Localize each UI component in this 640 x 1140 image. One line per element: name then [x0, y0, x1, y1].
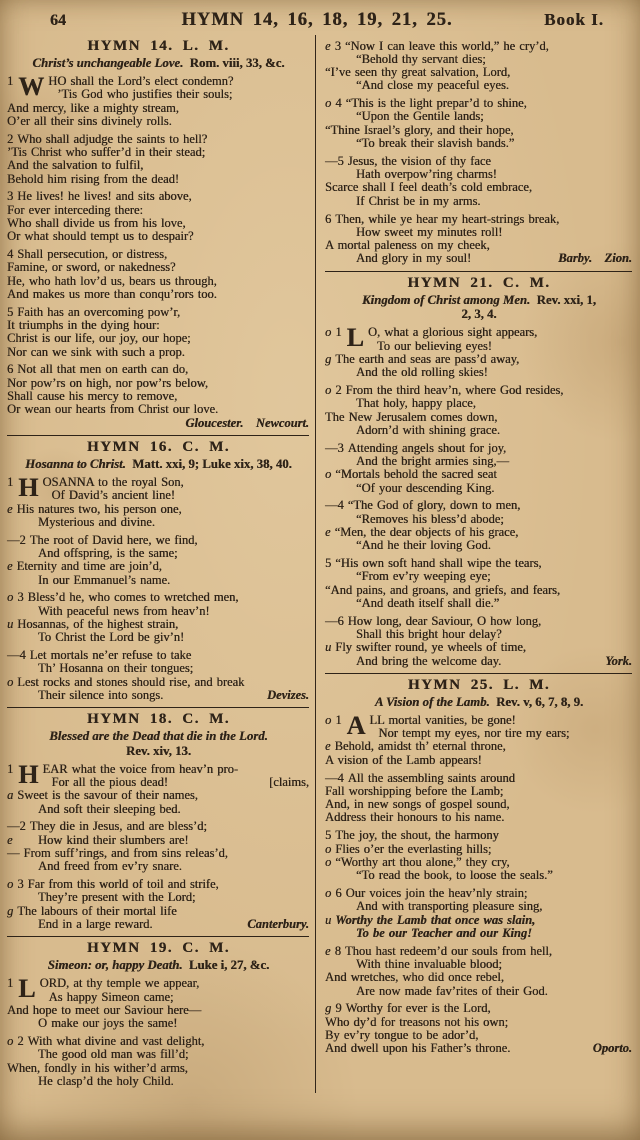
- hymn-line: —From suff’rings, and from sins releas’d…: [7, 847, 310, 860]
- hymn-line: “To read the book, to loose the seals.”: [356, 869, 633, 882]
- expression-marker: o 6: [325, 886, 342, 900]
- line-text: To Christ the Lord be giv’n!: [38, 630, 184, 644]
- line-text: The New Jerusalem comes down,: [325, 410, 497, 424]
- line-text: Behold him rising from the dead!: [7, 172, 179, 186]
- line-text: And makes us more than conqu’rors too.: [7, 287, 217, 301]
- line-text: Then, while ye hear my heart-strings bre…: [335, 212, 559, 226]
- line-text: Or what should tempt us to despair?: [7, 229, 194, 243]
- line-text: Or wean our hearts from Christ our love.: [7, 402, 218, 416]
- line-text: He, who hath lov’d us, bears us through,: [7, 274, 217, 288]
- line-text: O’er all their sins divinely rolls.: [7, 114, 172, 128]
- page-number: 64: [50, 12, 108, 30]
- hymn-line: o 3Bless’d he, who comes to wretched men…: [7, 591, 310, 604]
- hymn-line: OSANNA to the royal Son,: [42, 476, 310, 489]
- hymn-line: It triumphs in the dying hour:: [7, 319, 310, 332]
- hymn-line: “I’ve seen thy great salvation, Lord,: [325, 66, 633, 79]
- hymn-line: g 9Worthy for ever is the Lord,: [325, 1002, 633, 1015]
- hymn-line: e 3“Now I can leave this world,” he cry’…: [325, 40, 633, 53]
- hymn-line: And dwell upon his Father’s throne.Oport…: [325, 1042, 633, 1055]
- expression-marker: 4: [7, 247, 13, 261]
- line-text: By ev’ry tongue to be ador’d,: [325, 1028, 478, 1042]
- hymn-line: Address their honours to his name.: [325, 811, 633, 824]
- line-text: Their silence into songs.: [38, 688, 163, 702]
- hymn-line: —2The root of David here, we find,: [7, 534, 310, 547]
- line-text: Nor pow’rs on high, nor pow’rs below,: [7, 376, 208, 390]
- page-header: 64 HYMN 14, 16, 18, 19, 21, 25. Book I.: [0, 0, 640, 31]
- hymn-line: In our Emmanuel’s name.: [38, 574, 310, 587]
- expression-marker: g 9: [325, 1001, 342, 1015]
- hymn-line: eEternity and time are join’d,: [7, 560, 310, 573]
- hymn-heading: HYMN 18. C. M.: [7, 711, 310, 728]
- hymn-subtitle: Blessed are the Dead that die in the Lor…: [7, 729, 310, 744]
- line-text: Lest rocks and stones should rise, and b…: [17, 675, 244, 689]
- line-text: With peaceful news from heav’n!: [38, 604, 209, 618]
- stanza: —5Jesus, the vision of thy faceHath over…: [325, 155, 633, 208]
- hymn-line: Th’ Hosanna on their tongues;: [38, 662, 310, 675]
- hymn-title-italic: Kingdom of Christ among Men.: [362, 293, 530, 307]
- line-text: Let mortals ne’er refuse to take: [30, 648, 192, 662]
- line-text: All the assembling saints around: [348, 771, 515, 785]
- hymn-line: HO shall the Lord’s elect condemn?: [48, 75, 310, 88]
- tune-name: Canterbury.: [247, 918, 309, 931]
- hymn-line: Shall this bright hour delay?: [356, 628, 633, 641]
- drop-cap-group: 1HOSANNA to the royal Son,Of David’s anc…: [7, 476, 310, 503]
- line-text: They’re present with the Lord;: [38, 890, 195, 904]
- hymn-subtitle: Christ’s unchangeable Love. Rom. viii, 3…: [7, 56, 310, 71]
- hymn-line: 4Shall persecution, or distress,: [7, 248, 310, 261]
- hymn-line: And glory in my soul!Barby. Zion.: [356, 252, 633, 265]
- line-text: To our believing eyes!: [377, 339, 492, 353]
- stanza: e 8Thou hast redeem’d our souls from hel…: [325, 945, 633, 998]
- hymn-line: 3He lives! he lives! and sits above,: [7, 190, 310, 203]
- line-text: And bring the welcome day.: [356, 654, 501, 668]
- hymn-line: “And he their loving God.: [356, 539, 633, 552]
- line-text: “Worthy art thou alone,” they cry,: [335, 855, 509, 869]
- hymn-line: —3Attending angels shout for joy,: [325, 442, 633, 455]
- line-text: Are now made fav’rites of their God.: [356, 984, 548, 998]
- hymn-line: o 2With what divine and vast delight,: [7, 1035, 310, 1048]
- expression-marker: o 3: [7, 590, 24, 604]
- line-text: Christ is our life, our joy, our hope;: [7, 331, 191, 345]
- stanza: 6Then, while ye hear my heart-strings br…: [325, 213, 633, 266]
- hymn-line: Or wean our hearts from Christ our love.: [7, 403, 310, 416]
- line-text: “The God of glory, down to men,: [348, 498, 521, 512]
- expression-marker: 6: [7, 362, 13, 376]
- line-text: Far from this world of toil and strife,: [28, 877, 219, 891]
- line-text: The root of David here, we find,: [30, 533, 198, 547]
- expression-marker: 3: [7, 189, 13, 203]
- line-text: A mortal paleness on my cheek,: [325, 238, 490, 252]
- line-text: That holy, happy place,: [356, 396, 476, 410]
- hymn-line: Scarce shall I feel death’s cold embrace…: [325, 181, 633, 194]
- stanza: —4Let mortals ne’er refuse to takeTh’ Ho…: [7, 649, 310, 702]
- hymn-line: “Upon the Gentile lands;: [356, 110, 633, 123]
- hymn-line: For ever interceding there:: [7, 204, 310, 217]
- section-divider: [7, 707, 309, 708]
- hymn-heading: HYMN 25. L. M.: [325, 677, 633, 694]
- line-text: Not all that men on earth can do,: [17, 362, 188, 376]
- expression-marker: —6: [325, 614, 344, 628]
- line-text: LL mortal vanities, be gone!: [369, 713, 515, 727]
- scripture-reference: Rev. xxi, 1,: [530, 293, 596, 307]
- hymn-line: 6Then, while ye hear my heart-strings br…: [325, 213, 633, 226]
- hymn-line: Of David’s ancient line!: [51, 489, 310, 502]
- hymn-line: Gloucester. Newcourt.: [7, 417, 310, 430]
- line-text: And, in new songs of gospel sound,: [325, 797, 509, 811]
- line-text: When, fondly in his wither’d arms,: [7, 1061, 188, 1075]
- line-text: And dwell upon his Father’s throne.: [325, 1041, 510, 1055]
- line-text: “Removes his bless’d abode;: [356, 512, 504, 526]
- hymn-line: O make our joys the same!: [38, 1017, 310, 1030]
- tune-name: York.: [605, 655, 632, 668]
- hymn-heading: HYMN 14. L. M.: [7, 38, 310, 55]
- line-text: “Of your descending King.: [356, 481, 494, 495]
- hymn-line: uWorthy the Lamb that once was slain,: [325, 914, 633, 927]
- hymn-line: 5“His own soft hand shall wipe the tears…: [325, 557, 633, 570]
- hymn-line: And makes us more than conqu’rors too.: [7, 288, 310, 301]
- line-text: Who shall divide us from his love,: [7, 216, 186, 230]
- hymn-line: e“Men, the dear objects of his grace,: [325, 526, 633, 539]
- drop-cap-group: 1WHO shall the Lord’s elect condemn?’Tis…: [7, 75, 310, 102]
- hymn-line: “Behold thy servant dies;: [356, 53, 633, 66]
- hymn-heading: HYMN 16. C. M.: [7, 439, 310, 456]
- stanza: o 4“This is the light prepar’d to shine,…: [325, 97, 633, 150]
- line-text: “And close my peaceful eyes.: [356, 78, 509, 92]
- hymn-line: Nor tempt my eyes, nor tire my ears;: [378, 727, 633, 740]
- line-text: “His own soft hand shall wipe the tears,: [335, 556, 541, 570]
- stanza: 1LORD, at thy temple we appear,As happy …: [7, 977, 310, 1030]
- book-label: Book I.: [526, 10, 604, 30]
- stanza: 4Shall persecution, or distress,Famine, …: [7, 248, 310, 301]
- tune-name: Barby. Zion.: [558, 252, 632, 265]
- stanza: o 6Our voices join the heav’nly strain;A…: [325, 887, 633, 940]
- expression-marker: g: [7, 904, 13, 918]
- expression-marker: 1: [7, 476, 13, 489]
- line-text: Worthy for ever is the Lord,: [346, 1001, 491, 1015]
- line-text: “To read the book, to loose the seals.”: [356, 868, 553, 882]
- hymn-line: He clasp’d the holy Child.: [38, 1075, 310, 1088]
- stanza: o 3Bless’d he, who comes to wretched men…: [7, 591, 310, 644]
- drop-cap: L: [18, 977, 35, 1000]
- stanza: 5“His own soft hand shall wipe the tears…: [325, 557, 633, 610]
- hymn-line: eHis natures two, his person one,: [7, 503, 310, 516]
- hymn-line: “And death itself shall die.”: [356, 597, 633, 610]
- hymn-line: Who shall divide us from his love,: [7, 217, 310, 230]
- line-text: Hosannas, of the highest strain,: [17, 617, 178, 631]
- hymn-line: Fall worshipping before the Lamb;: [325, 785, 633, 798]
- stanza: 1HOSANNA to the royal Son,Of David’s anc…: [7, 476, 310, 529]
- drop-cap-group: o 1LO, what a glorious sight appears,To …: [325, 326, 633, 353]
- hymn-line: aSweet is the savour of their names,: [7, 789, 310, 802]
- hymn-line: And with transporting pleasure sing,: [356, 900, 633, 913]
- stanza: —4All the assembling saints aroundFall w…: [325, 772, 633, 825]
- line-text: Attending angels shout for joy,: [348, 441, 506, 455]
- hymn-line: —2They die in Jesus, and are bless’d;: [7, 820, 310, 833]
- hymn-line: To our believing eyes!: [377, 340, 633, 353]
- line-text: “Mortals behold the sacred seat: [335, 467, 497, 481]
- hymn-line: Shall cause his mercy to remove,: [7, 390, 310, 403]
- hymn-line: “To break their slavish bands.”: [356, 137, 633, 150]
- line-text: He clasp’d the holy Child.: [38, 1074, 174, 1088]
- hymn-line: “And close my peaceful eyes.: [356, 79, 633, 92]
- expression-marker: o 2: [325, 383, 342, 397]
- line-text: And offspring, is the same;: [38, 546, 178, 560]
- hymn-line: And soft their sleeping bed.: [38, 803, 310, 816]
- line-text: And hope to meet our Saviour here—: [7, 1003, 201, 1017]
- hymn-title-italic: Simeon: or, happy Death.: [48, 958, 183, 972]
- hymn-line: To be our Teacher and our King!: [356, 927, 633, 940]
- line-text: With thine invaluable blood;: [356, 957, 502, 971]
- line-text: O, what a glorious sight appears,: [368, 325, 537, 339]
- stanza: 2Who shall adjudge the saints to hell?’T…: [7, 133, 310, 186]
- line-text: “Upon the Gentile lands;: [356, 109, 484, 123]
- hymn-line: oFlies o’er the everlasting hills;: [325, 843, 633, 856]
- line-text: ’Tis Christ who suffer’d in their stead;: [7, 145, 205, 159]
- hymn-line: Behold him rising from the dead!: [7, 173, 310, 186]
- expression-marker: u: [325, 913, 331, 927]
- expression-marker: 2: [7, 132, 13, 146]
- line-text: And soft their sleeping bed.: [38, 802, 181, 816]
- line-text: From the third heav’n, where God resides…: [346, 383, 564, 397]
- expression-marker: e: [7, 559, 13, 573]
- drop-cap: L: [347, 326, 364, 349]
- line-text: Th’ Hosanna on their tongues;: [38, 661, 193, 675]
- stanza: 1WHO shall the Lord’s elect condemn?’Tis…: [7, 75, 310, 128]
- expression-marker: e: [7, 502, 13, 516]
- line-text: And mercy, like a mighty stream,: [7, 101, 179, 115]
- line-text: How sweet my minutes roll!: [356, 225, 502, 239]
- hymn-subtitle: Simeon: or, happy Death. Luke i, 27, &c.: [7, 958, 310, 973]
- line-text: He lives! he lives! and sits above,: [17, 189, 191, 203]
- hymn-line: e 8Thou hast redeem’d our souls from hel…: [325, 945, 633, 958]
- drop-cap-group: o 1ALL mortal vanities, be gone!Nor temp…: [325, 714, 633, 741]
- line-text: O make our joys the same!: [38, 1016, 177, 1030]
- hymn-line: Mysterious and divine.: [38, 516, 310, 529]
- line-text: They die in Jesus, and are bless’d;: [30, 819, 207, 833]
- hymn-line: —5Jesus, the vision of thy face: [325, 155, 633, 168]
- line-text: A vision of the Lamb appears!: [325, 753, 482, 767]
- line-text: EAR what the voice from heav’n pro-: [42, 762, 238, 776]
- hymn-line: “From ev’ry weeping eye;: [356, 570, 633, 583]
- hymn-line: And the old rolling skies!: [356, 366, 633, 379]
- column-left: HYMN 14. L. M.Christ’s unchangeable Love…: [7, 35, 315, 1093]
- line-text: Of David’s ancient line!: [51, 488, 174, 502]
- line-text: And the bright armies sing,—: [356, 454, 509, 468]
- stanza: 6Not all that men on earth can do,Nor po…: [7, 363, 310, 429]
- hymn-line: oLest rocks and stones should rise, and …: [7, 676, 310, 689]
- hymn-line: ’Tis Christ who suffer’d in their stead;: [7, 146, 310, 159]
- expression-marker: —4: [325, 771, 344, 785]
- hymn-line: Hath overpow’ring charms!: [356, 168, 633, 181]
- hymn-line: Are now made fav’rites of their God.: [356, 985, 633, 998]
- section-divider: [7, 435, 309, 436]
- hymn-line: o 4“This is the light prepar’d to shine,: [325, 97, 633, 110]
- drop-cap-group: 1LORD, at thy temple we appear,As happy …: [7, 977, 310, 1004]
- hymn-line: gThe earth and seas are pass’d away,: [325, 353, 633, 366]
- hymn-line: Famine, or sword, or nakedness?: [7, 261, 310, 274]
- line-text: The joy, the shout, the harmony: [335, 828, 499, 842]
- line-text: Jesus, the vision of thy face: [348, 154, 491, 168]
- expression-marker: e: [7, 834, 13, 847]
- hymn-line: o 6Our voices join the heav’nly strain;: [325, 887, 633, 900]
- hymn-line: How sweet my minutes roll!: [356, 226, 633, 239]
- hymn-line: O’er all their sins divinely rolls.: [7, 115, 310, 128]
- hymn-line: With peaceful news from heav’n!: [38, 605, 310, 618]
- stanza: —2The root of David here, we find,And of…: [7, 534, 310, 587]
- line-text: Fly swifter round, ye wheels of time,: [335, 640, 526, 654]
- hymn-line: As happy Simeon came;: [49, 991, 310, 1004]
- hymn-line: o 2From the third heav’n, where God resi…: [325, 384, 633, 397]
- hymn-subtitle: Hosanna to Christ. Matt. xxi, 9; Luke xi…: [7, 457, 310, 472]
- line-text: OSANNA to the royal Son,: [42, 475, 183, 489]
- line-text: With what divine and vast delight,: [28, 1034, 205, 1048]
- line-text: Behold, amidst th’ eternal throne,: [335, 739, 506, 753]
- tune-name: Oporto.: [593, 1042, 632, 1055]
- hymn-line: Or what should tempt us to despair?: [7, 230, 310, 243]
- expression-marker: 5: [7, 305, 13, 319]
- hymn-line: And, in new songs of gospel sound,: [325, 798, 633, 811]
- line-text: And with transporting pleasure sing,: [356, 899, 542, 913]
- drop-cap-group: 1HEAR what the voice from heav’n pro-For…: [7, 763, 310, 790]
- hymn-line: Christ is our life, our joy, our hope;: [7, 332, 310, 345]
- expression-marker: e: [325, 739, 331, 753]
- expression-marker: o: [325, 467, 331, 481]
- expression-marker: a: [7, 788, 13, 802]
- hymn-line: 5Faith has an overcoming pow’r,: [7, 306, 310, 319]
- hymn-line: uFly swifter round, ye wheels of time,: [325, 641, 633, 654]
- hymn-line: “Removes his bless’d abode;: [356, 513, 633, 526]
- expression-marker: u: [7, 617, 13, 631]
- hymn-line: And the bright armies sing,—: [356, 455, 633, 468]
- line-text: And freed from ev’ry snare.: [38, 859, 182, 873]
- tune-name: Gloucester. Newcourt.: [185, 417, 309, 430]
- hymn-line: gThe labours of their mortal life: [7, 905, 310, 918]
- hymn-line: The good old man was fill’d;: [38, 1048, 310, 1061]
- two-column-layout: HYMN 14. L. M.Christ’s unchangeable Love…: [0, 31, 640, 1093]
- line-text: Sweet is the savour of their names,: [17, 788, 198, 802]
- hymn-line: “Thine Israel’s glory, and their hope,: [325, 124, 633, 137]
- line-text: End in a large reward.: [38, 917, 153, 931]
- hymn-line: They’re present with the Lord;: [38, 891, 310, 904]
- line-text: Fall worshipping before the Lamb;: [325, 784, 503, 798]
- line-text: Our voices join the heav’nly strain;: [346, 886, 528, 900]
- drop-cap: A: [347, 714, 366, 737]
- expression-marker: —4: [325, 498, 344, 512]
- line-text: “And he their loving God.: [356, 538, 491, 552]
- line-text: Faith has an overcoming pow’r,: [17, 305, 180, 319]
- stanza: e 3“Now I can leave this world,” he cry’…: [325, 40, 633, 93]
- hymn-line: A mortal paleness on my cheek,: [325, 239, 633, 252]
- hymnal-page: 64 HYMN 14, 16, 18, 19, 21, 25. Book I. …: [0, 0, 640, 1140]
- hymn-line: And hope to meet our Saviour here—: [7, 1004, 310, 1017]
- scripture-reference: Luke i, 27, &c.: [183, 958, 270, 972]
- hymn-line: LL mortal vanities, be gone!: [369, 714, 633, 727]
- expression-marker: —3: [325, 441, 344, 455]
- line-text: Shall cause his mercy to remove,: [7, 389, 177, 403]
- expression-marker: g: [325, 352, 331, 366]
- hymn-line: —4All the assembling saints around: [325, 772, 633, 785]
- hymn-line: ’Tis God who justifies their souls;: [57, 88, 310, 101]
- hymn-line: And freed from ev’ry snare.: [38, 860, 310, 873]
- hymn-subtitle: A Vision of the Lamb. Rev. v, 6, 7, 8, 9…: [325, 695, 633, 710]
- column-right: e 3“Now I can leave this world,” he cry’…: [315, 35, 635, 1093]
- hymn-line: Adorn’d with shining grace.: [356, 424, 633, 437]
- line-text: HO shall the Lord’s elect condemn?: [48, 74, 233, 88]
- line-text: Bless’d he, who comes to wretched men,: [28, 590, 239, 604]
- expression-marker: o: [325, 842, 331, 856]
- expression-marker: 5: [325, 556, 331, 570]
- hymn-line: If Christ be in my arms.: [356, 195, 633, 208]
- line-text: Eternity and time are join’d,: [17, 559, 162, 573]
- line-text: “Now I can leave this world,” he cry’d,: [345, 39, 549, 53]
- stanza: o 1LO, what a glorious sight appears,To …: [325, 326, 633, 379]
- hymn-heading: HYMN 19. C. M.: [7, 940, 310, 957]
- hymn-line: eBehold, amidst th’ eternal throne,: [325, 740, 633, 753]
- line-text: Shall this bright hour delay?: [356, 627, 502, 641]
- expression-marker: —4: [7, 648, 26, 662]
- drop-cap: H: [18, 476, 38, 499]
- expression-marker: e 3: [325, 39, 341, 53]
- hymn-line: O, what a glorious sight appears,: [368, 326, 633, 339]
- line-text: For ever interceding there:: [7, 203, 143, 217]
- line-text: It triumphs in the dying hour:: [7, 318, 160, 332]
- line-text: “Men, the dear objects of his grace,: [335, 525, 519, 539]
- hymn-line: —4“The God of glory, down to men,: [325, 499, 633, 512]
- line-text: In our Emmanuel’s name.: [38, 573, 170, 587]
- scripture-reference: Rom. viii, 33, &c.: [183, 56, 284, 70]
- expression-marker: —2: [7, 533, 26, 547]
- line-text: Mysterious and divine.: [38, 515, 155, 529]
- line-text: If Christ be in my arms.: [356, 194, 480, 208]
- expression-marker: u: [325, 640, 331, 654]
- hymn-line: With thine invaluable blood;: [356, 958, 633, 971]
- hymn-heading: HYMN 21. C. M.: [325, 275, 633, 292]
- stanza: o 3Far from this world of toil and strif…: [7, 878, 310, 931]
- hymn-line: Who dy’d for treasons not his own;: [325, 1016, 633, 1029]
- line-text: ’Tis God who justifies their souls;: [57, 87, 232, 101]
- hymn-line: “And pains, and groans, and griefs, and …: [325, 584, 633, 597]
- expression-marker: e: [325, 525, 331, 539]
- line-text: And the salvation to fulfil,: [7, 158, 143, 172]
- hymn-line: o“Worthy art thou alone,” they cry,: [325, 856, 633, 869]
- hymn-line: Nor can we sink with such a prop.: [7, 346, 310, 359]
- expression-marker: o 2: [7, 1034, 24, 1048]
- expression-marker: —2: [7, 819, 26, 833]
- hymn-line: The New Jerusalem comes down,: [325, 411, 633, 424]
- hymn-line: And bring the welcome day.York.: [356, 655, 633, 668]
- expression-marker: o 3: [7, 877, 24, 891]
- hymn-line: And the salvation to fulfil,: [7, 159, 310, 172]
- expression-marker: —5: [325, 154, 344, 168]
- drop-cap: H: [18, 763, 38, 786]
- hymn-line: And offspring, is the same;: [38, 547, 310, 560]
- expression-marker: —: [7, 846, 20, 860]
- line-text: Worthy the Lamb that once was slain,: [335, 913, 535, 927]
- section-divider: [325, 271, 632, 272]
- line-text: Scarce shall I feel death’s cold embrace…: [325, 180, 532, 194]
- hymn-line: —4Let mortals ne’er refuse to take: [7, 649, 310, 662]
- hymn-line: o 3Far from this world of toil and strif…: [7, 878, 310, 891]
- line-text: Nor tempt my eyes, nor tire my ears;: [378, 726, 569, 740]
- line-text: Adorn’d with shining grace.: [356, 423, 500, 437]
- hymn-line: When, fondly in his wither’d arms,: [7, 1062, 310, 1075]
- expression-marker: 1: [7, 763, 13, 776]
- stanza: 3He lives! he lives! and sits above,For …: [7, 190, 310, 243]
- hymn-line: And wretches, who did once rebel,: [325, 971, 633, 984]
- line-text: The earth and seas are pass’d away,: [335, 352, 519, 366]
- stanza: g 9Worthy for ever is the Lord,Who dy’d …: [325, 1002, 633, 1055]
- line-text: ORD, at thy temple we appear,: [40, 976, 200, 990]
